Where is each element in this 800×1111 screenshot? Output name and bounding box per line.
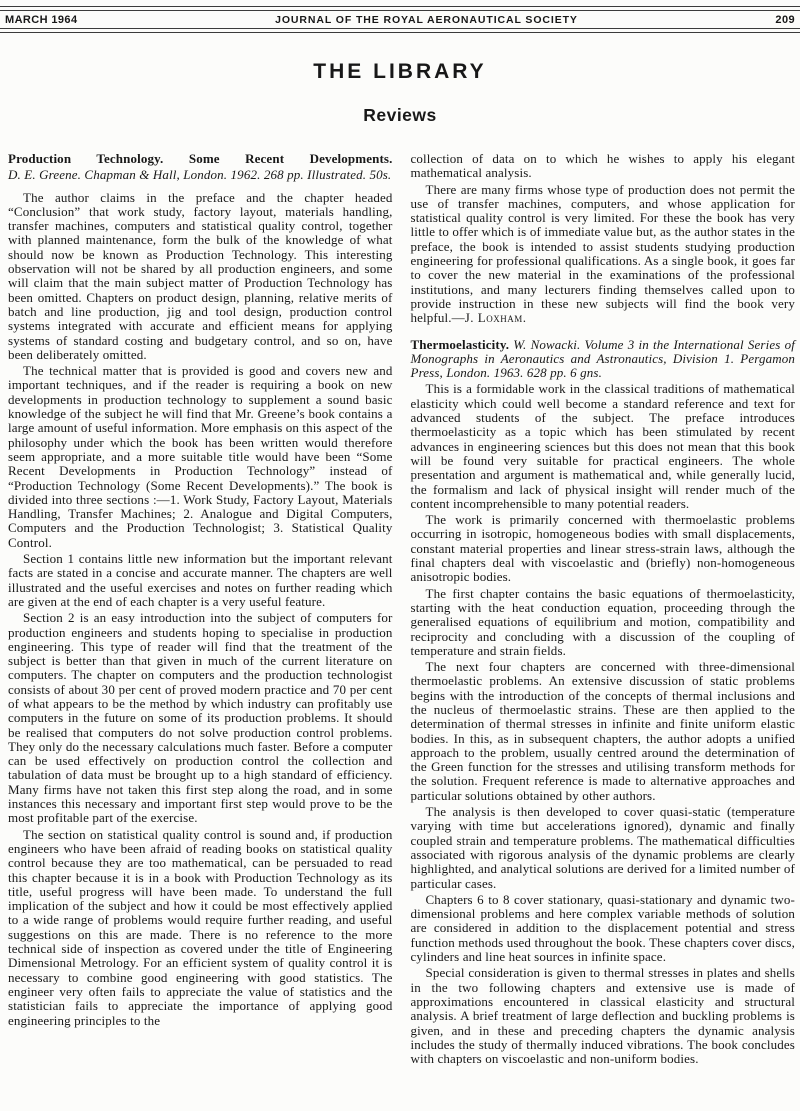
- review-2-para-1: This is a formidable work in the classic…: [411, 382, 796, 511]
- review-1-para-5-continued: collection of data on to which he wishes…: [411, 152, 796, 181]
- review-2-para-3: The first chapter contains the basic equ…: [411, 587, 796, 658]
- journal-page: { "colors": { "paper": "#fcfcfa", "ink":…: [0, 0, 800, 1111]
- page-number: 209: [775, 14, 795, 26]
- section-subtitle: Reviews: [0, 105, 800, 126]
- review-1-para-6: There are many firms whose type of produ…: [411, 183, 796, 326]
- masthead-bottom-rule: [0, 28, 800, 33]
- issue-date: MARCH 1964: [5, 14, 77, 26]
- review-2-para-6: Chapters 6 to 8 cover stationary, quasi-…: [411, 893, 796, 964]
- section-title: THE LIBRARY: [0, 60, 800, 84]
- right-column: collection of data on to which he wishes…: [411, 152, 796, 1068]
- review-1-citation: D. E. Greene. Chapman & Hall, London. 19…: [8, 168, 393, 182]
- review-2-para-7: Special consideration is given to therma…: [411, 966, 796, 1066]
- review-2-para-4: The next four chapters are concerned wit…: [411, 660, 796, 803]
- review-1-para-1: The author claims in the preface and the…: [8, 191, 393, 363]
- masthead-area: MARCH 1964 JOURNAL OF THE ROYAL AERONAUT…: [0, 0, 800, 33]
- journal-name: JOURNAL OF THE ROYAL AERONAUTICAL SOCIET…: [275, 14, 578, 26]
- review-1-title: Production Technology. Some Recent Devel…: [8, 152, 393, 166]
- review-2-title: Thermoelasticity. W. Nowacki. Volume 3 i…: [411, 338, 796, 381]
- left-column: Production Technology. Some Recent Devel…: [8, 152, 393, 1068]
- review-2-para-2: The work is primarily concerned with the…: [411, 513, 796, 584]
- review-1-para-3: Section 1 contains little new informatio…: [8, 552, 393, 609]
- review-columns: Production Technology. Some Recent Devel…: [0, 152, 800, 1068]
- review-1-para-5: The section on statistical quality contr…: [8, 828, 393, 1028]
- review-1-para-4: Section 2 is an easy introduction into t…: [8, 611, 393, 825]
- review-2-para-5: The analysis is then developed to cover …: [411, 805, 796, 891]
- review-1-para-2: The technical matter that is provided is…: [8, 364, 393, 550]
- masthead: MARCH 1964 JOURNAL OF THE ROYAL AERONAUT…: [0, 11, 800, 28]
